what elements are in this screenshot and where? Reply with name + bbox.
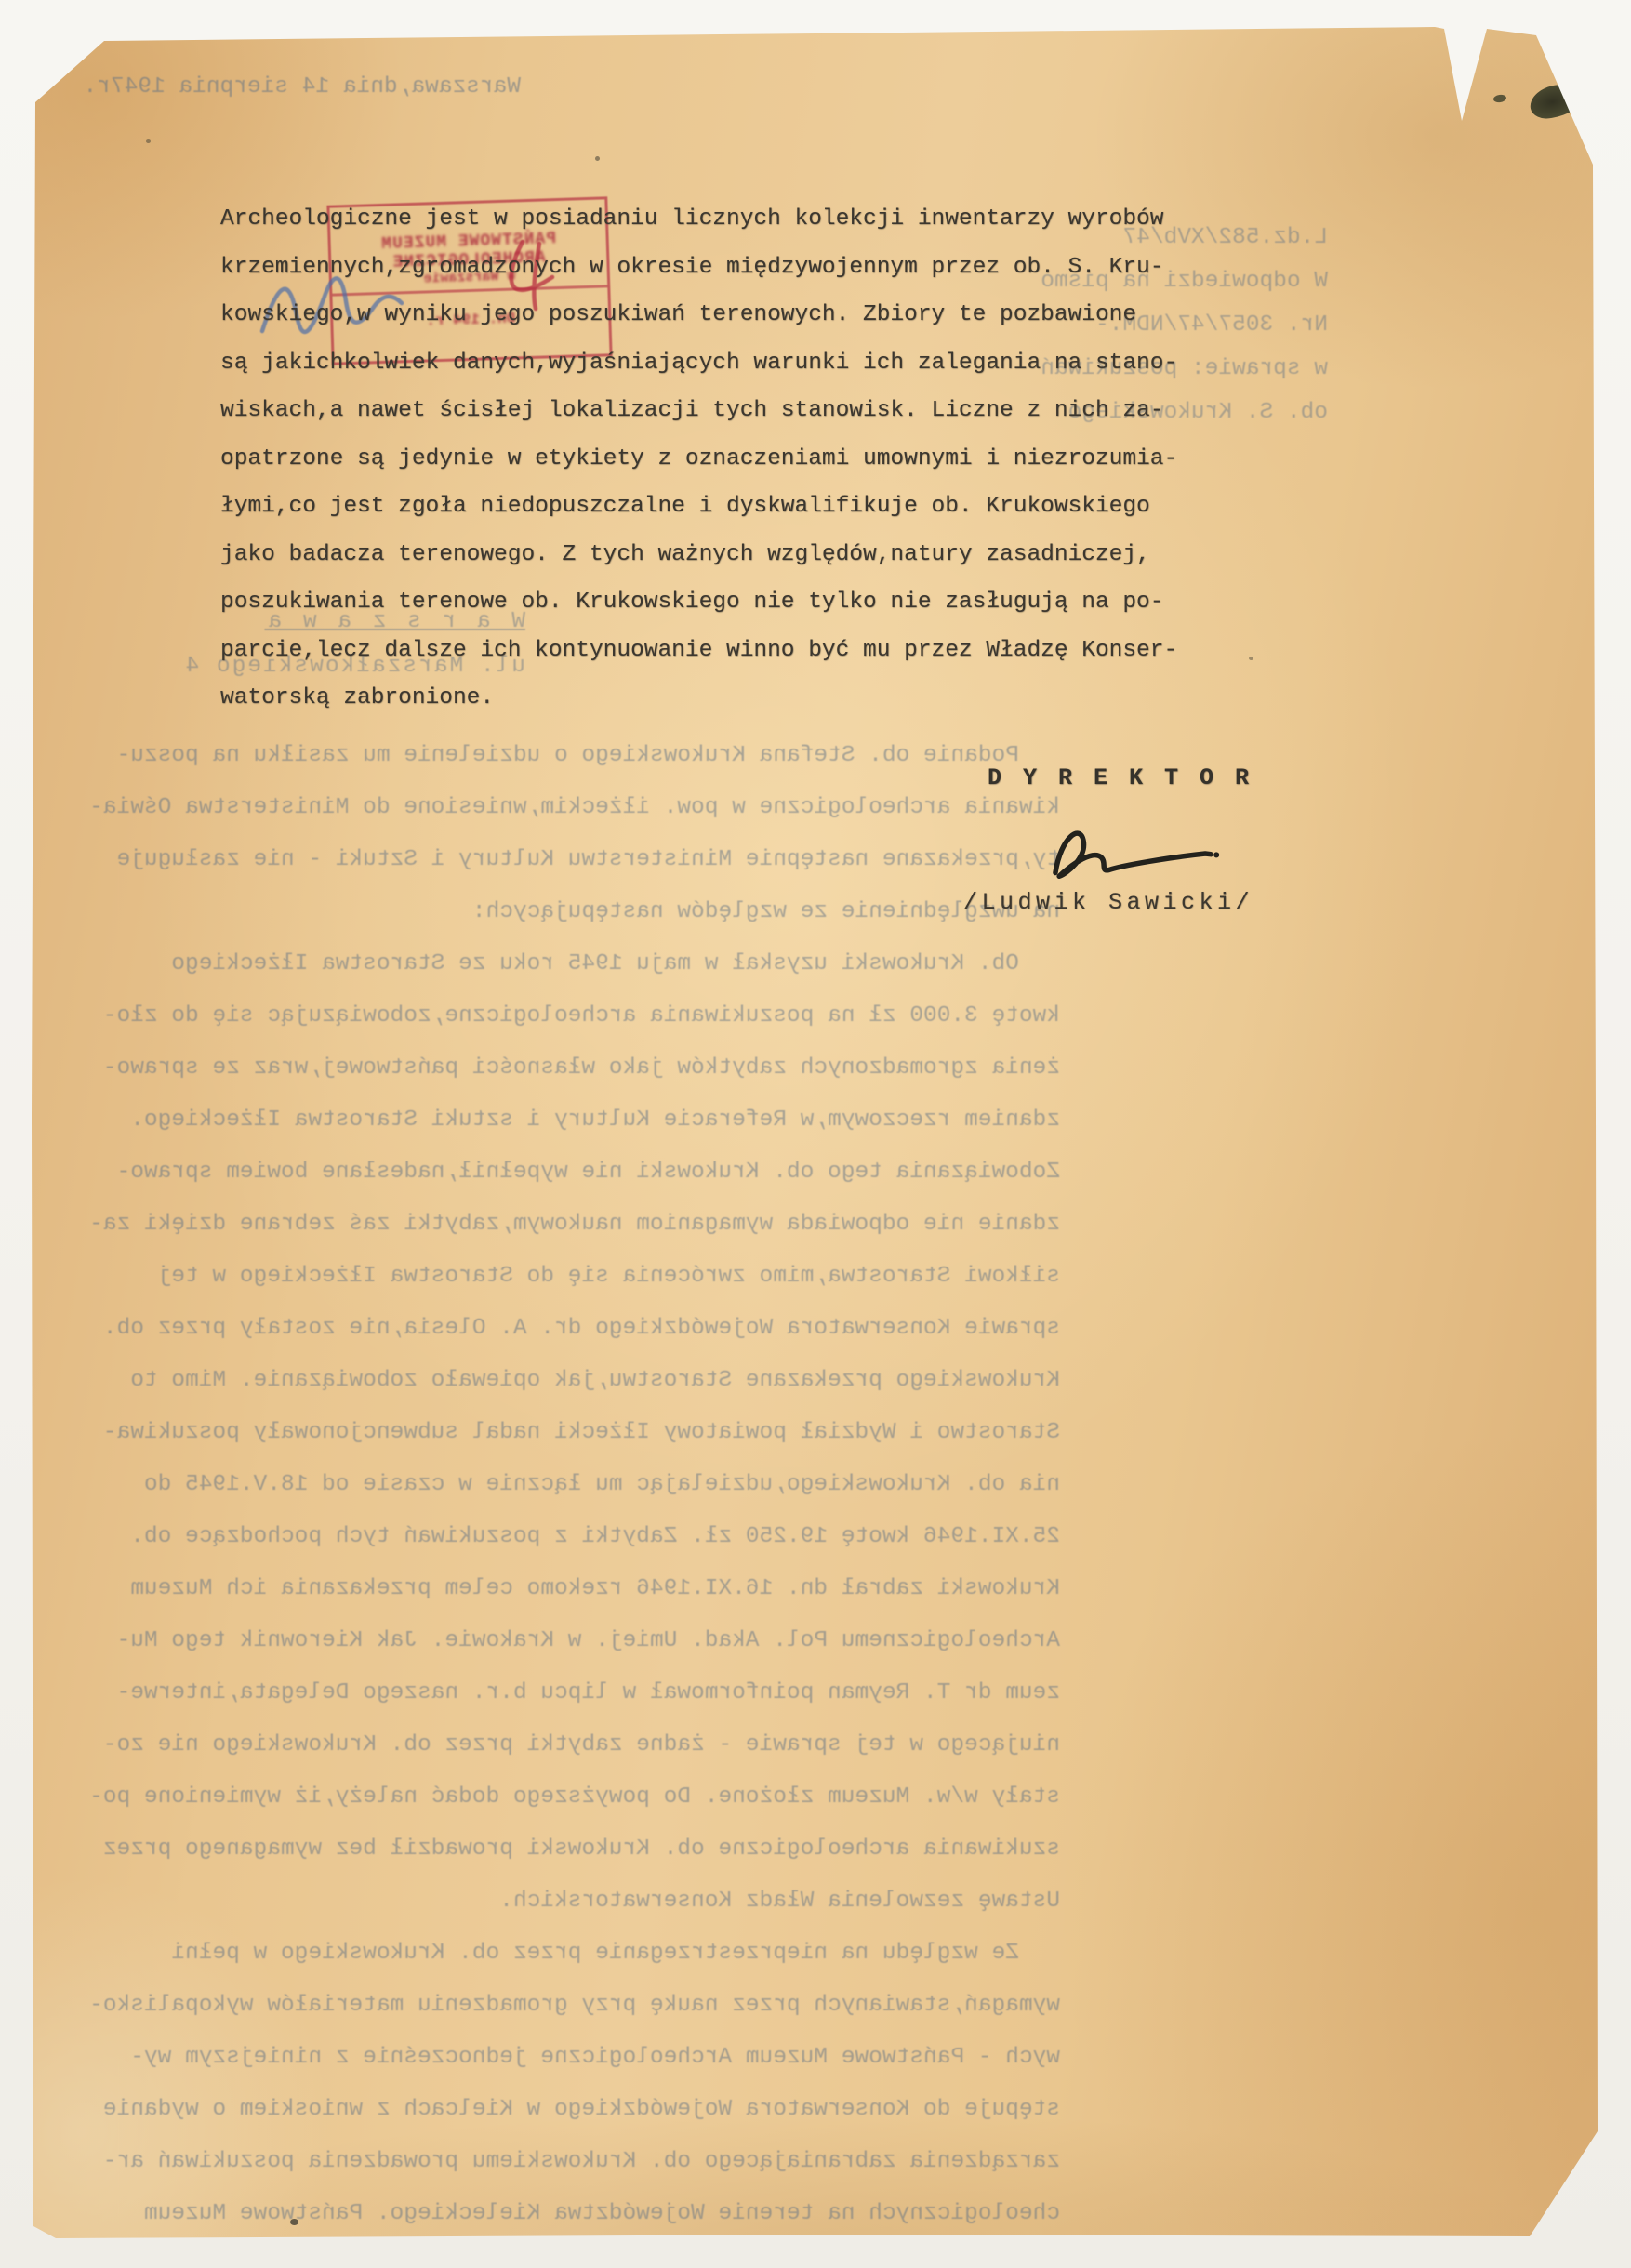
text-line: kwotę 3.000 zł na poszukiwania archeolog… <box>0 990 1060 1042</box>
text-line: Podanie ob. Stefana Krukowskiego o udzie… <box>0 730 1060 782</box>
text-line: stały w/w. Muzeum złożone. Do powyższego… <box>0 1771 1060 1824</box>
text-line: sprawie Konserwatora Wojewódzkiego dr. A… <box>0 1303 1060 1355</box>
text-line: Krukowskiego przekazane Starostwu,jak op… <box>0 1355 1060 1407</box>
text-line: na uwzględnienie ze względów następujący… <box>0 886 1060 938</box>
bleed-date-line: Warszawa,dnia 14 sierpnia 1947r. <box>33 69 521 106</box>
paper-speck <box>595 156 600 161</box>
paper-sheet: Warszawa,dnia 14 sierpnia 1947r. L.dz.58… <box>0 0 1631 2268</box>
text-line: 25.XI.1946 kwotę 19.250 zł. Zabytki z po… <box>0 1511 1060 1563</box>
text-line: zdaniem rzeczowym,w Referacie Kultury i … <box>0 1094 1060 1147</box>
text-line: stępuje do Konserwatora Wojewódzkiego w … <box>0 2084 1060 2136</box>
text-line: Ze względu na nieprzestrzeganie przez ob… <box>0 1928 1060 1980</box>
text-line: wiskach,a nawet ścisłej lokalizacji tych… <box>220 387 1243 435</box>
signature-typed-name: /Ludwik Sawicki/ <box>963 889 1253 916</box>
text-line: watorską zabronione. <box>220 674 1243 723</box>
ink-blot-tail <box>1493 94 1507 103</box>
bleed-body-text: Podanie ob. Stefana Krukowskiego o udzie… <box>0 730 1060 2240</box>
text-line: wymagań,stawianych przez naukę przy grom… <box>0 1980 1060 2032</box>
typed-paragraph: Archeologiczne jest w posiadaniu licznyc… <box>220 195 1243 723</box>
text-line: Zobowiązania tego ob. Krukowski nie wype… <box>0 1147 1060 1199</box>
text-line: Starostwo i Wydział powiatowy Iłżecki na… <box>0 1407 1060 1459</box>
text-line: Krukowski zabrał dn. 16.XI.1946 rzekomo … <box>0 1563 1060 1615</box>
text-line: krzemiennych,zgromadzonych w okresie mię… <box>220 244 1243 292</box>
text-line: Archeologicznemu Pol. Akad. Umiej. w Kra… <box>0 1615 1060 1667</box>
text-line: Ob. Krukowski uzyskał w maju 1945 roku z… <box>0 938 1060 990</box>
text-line: nia ob. Krukowskiego,udzielając mu łączn… <box>0 1459 1060 1511</box>
paper-speck <box>290 2219 298 2225</box>
text-line: siłkowi Starostwa,mimo zwrócenia się do … <box>0 1251 1060 1303</box>
text-line: żenia zgromadzonych zabytków jako własno… <box>0 1042 1060 1094</box>
text-line: zeum dr T. Reyman poinformował w lipcu b… <box>0 1667 1060 1719</box>
text-line: poszukiwania terenowe ob. Krukowskiego n… <box>220 578 1243 627</box>
text-line: zdanie nie odpowiada wymaganiom naukowym… <box>0 1199 1060 1251</box>
text-line: Warszawa,dnia 14 sierpnia 1947r. <box>33 69 521 106</box>
text-line: parcie,lecz dalsze ich kontynuowanie win… <box>220 627 1243 675</box>
director-title: D Y R E K T O R <box>988 764 1253 791</box>
text-line: kiwania archeologiczne w pow. iłżeckim,w… <box>0 782 1060 834</box>
text-line: łymi,co jest zgoła niedopuszczalne i dys… <box>220 483 1243 531</box>
paper-speck <box>1249 657 1253 660</box>
text-line: są jakichkolwiek danych,wyjaśniających w… <box>220 339 1243 388</box>
text-line: kowskiego,w wyniku jego poszukiwań teren… <box>220 291 1243 339</box>
text-line: Archeologiczne jest w posiadaniu licznyc… <box>220 195 1243 244</box>
text-line: niującego w tej sprawie - żadne zabytki … <box>0 1719 1060 1771</box>
ink-blot <box>1527 81 1582 122</box>
text-line: Ustawę zezwolenia Władz Konserwatorskich… <box>0 1876 1060 1928</box>
scanned-document-page: Warszawa,dnia 14 sierpnia 1947r. L.dz.58… <box>0 0 1631 2268</box>
text-line: ty,przekazane następnie Ministerstwu Kul… <box>0 834 1060 886</box>
text-line: jako badacza terenowego. Z tych ważnych … <box>220 531 1243 579</box>
text-line: szukiwania archeologiczne ob. Krukowski … <box>0 1824 1060 1876</box>
text-line: zarządzenia zabraniającego ob. Krukowski… <box>0 2136 1060 2188</box>
ink-signature <box>1023 798 1246 900</box>
paper-speck <box>146 139 151 143</box>
text-line: wych - Państwowe Muzeum Archeologiczne j… <box>0 2032 1060 2084</box>
text-line: cheologicznych na terenie Województwa Ki… <box>0 2188 1060 2240</box>
text-line: opatrzone są jedynie w etykiety z oznacz… <box>220 435 1243 484</box>
